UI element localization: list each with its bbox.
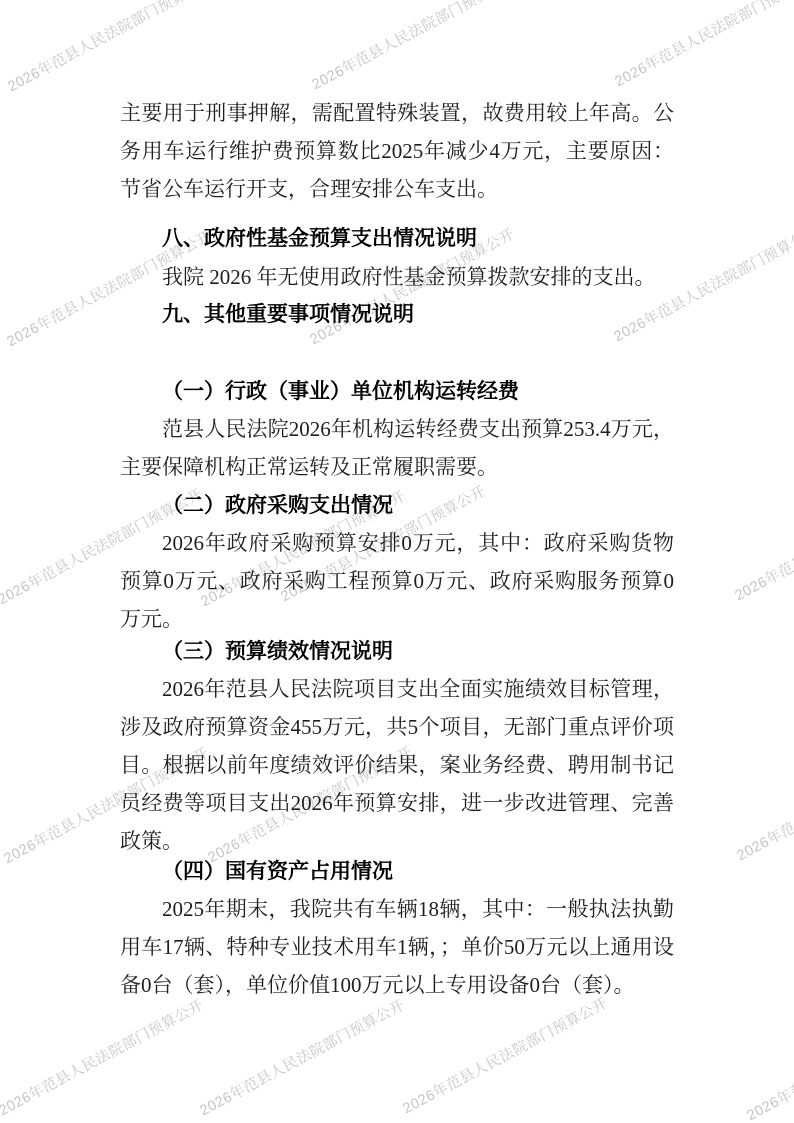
paragraph-operating-funds: 范县人民法院2026年机构运转经费支出预算253.4万元，主要保障机构正常运转及… bbox=[120, 410, 674, 486]
watermark-text: 2026年范县人民法院部门预算公开 bbox=[0, 996, 207, 1121]
watermark-text: 2026年范县人民法院部门预算公开 bbox=[734, 741, 794, 866]
watermark-text: 2026年范县人民法院部门预算公开 bbox=[732, 481, 794, 606]
subsection-heading-4-state-owned-assets: （四）国有资产占用情况 bbox=[120, 852, 674, 890]
watermark-text: 2026年范县人民法院部门预算公开 bbox=[309, 0, 521, 95]
paragraph-vehicle-cost-explanation: 主要用于刑事押解，需配置特殊装置，故费用较上年高。公务用车运行维护费预算数比20… bbox=[120, 94, 674, 208]
watermark-text: 2026年范县人民法院部门预算公开 bbox=[197, 996, 409, 1121]
page-body: 主要用于刑事押解，需配置特殊装置，故费用较上年高。公务用车运行维护费预算数比20… bbox=[120, 94, 674, 1004]
section-heading-8-government-fund-budget: 八、政府性基金预算支出情况说明 bbox=[120, 220, 674, 258]
subsection-heading-3-budget-performance: （三）预算绩效情况说明 bbox=[120, 632, 674, 670]
watermark-text: 2026年范县人民法院部门预算公开 bbox=[400, 994, 612, 1119]
subsection-heading-2-government-procurement: （二）政府采购支出情况 bbox=[120, 486, 674, 524]
paragraph-government-fund-budget: 我院 2026 年无使用政府性基金预算拨款安排的支出。 bbox=[120, 258, 674, 296]
section-heading-9-other-important-matters: 九、其他重要事项情况说明 bbox=[120, 296, 674, 334]
paragraph-budget-performance: 2026年范县人民法院项目支出全面实施绩效目标管理，涉及政府预算资金455万元，… bbox=[120, 670, 674, 860]
document-page: 2026年范县人民法院部门预算公开 2026年范县人民法院部门预算公开 2026… bbox=[0, 0, 794, 1123]
subsection-heading-1-operating-funds: （一）行政（事业）单位机构运转经费 bbox=[120, 372, 674, 410]
watermark-text: 2026年范县人民法院部门预算公开 bbox=[612, 0, 794, 92]
paragraph-government-procurement: 2026年政府采购预算安排0万元，其中：政府采购货物预算0万元、政府采购工程预算… bbox=[120, 524, 674, 638]
watermark-text: 2026年范县人民法院部门预算公开 bbox=[5, 0, 217, 97]
watermark-text: 2026年范县人民法院部门预算公开 bbox=[744, 1001, 794, 1123]
paragraph-state-owned-assets: 2025年期末，我院共有车辆18辆，其中：一般执法执勤用车17辆、特种专业技术用… bbox=[120, 890, 674, 1004]
